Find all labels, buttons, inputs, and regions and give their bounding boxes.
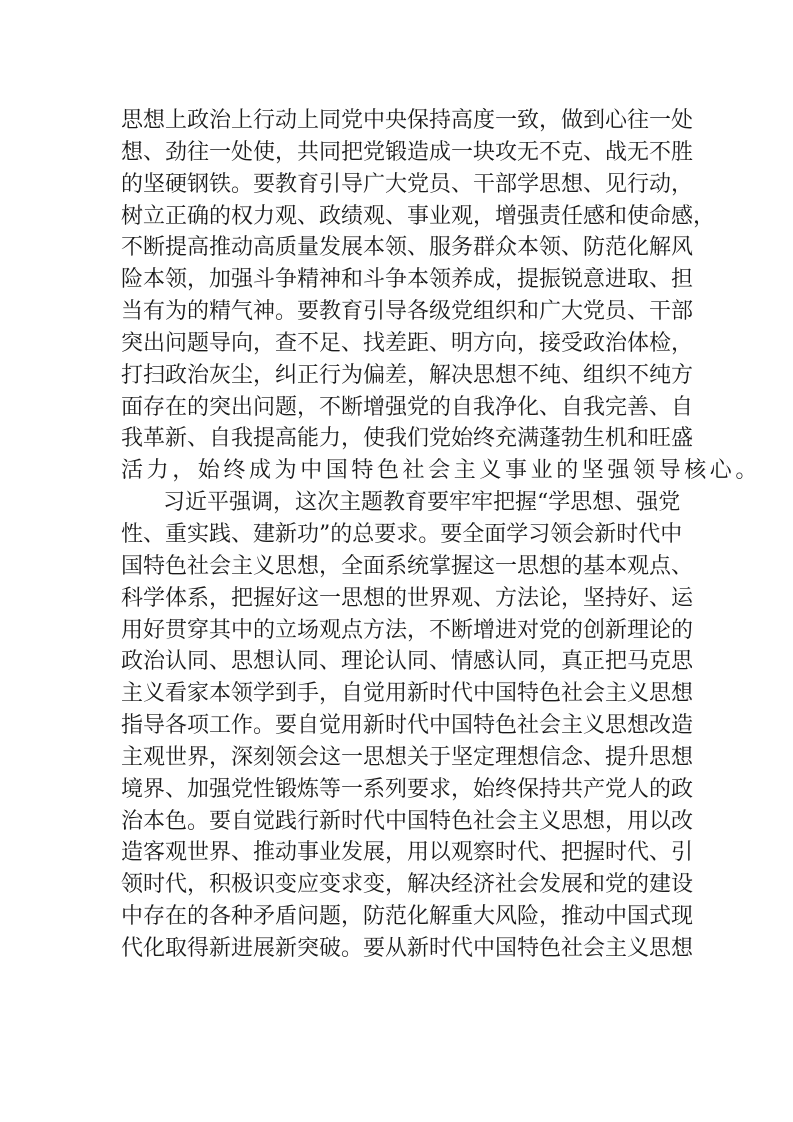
text-line: 主观世界，深刻领会这一思想关于坚定理想信念、提升思想 <box>121 742 673 774</box>
text-line: 指导各项工作。要自觉用新时代中国特色社会主义思想改造 <box>121 710 673 742</box>
paragraph-1: 思想上政治上行动上同党中央保持高度一致，做到心往一处 想、劲往一处使，共同把党锻… <box>121 105 673 487</box>
text-line: 政治认同、思想认同、理论认同、情感认同，真正把马克思 <box>121 646 673 678</box>
text-line: 的坚硬钢铁。要教育引导广大党员、干部学思想、见行动， <box>121 169 673 201</box>
text-line: 代化取得新进展新突破。要从新时代中国特色社会主义思想 <box>121 933 673 965</box>
text-line: 造客观世界、推动事业发展，用以观察时代、把握时代、引 <box>121 837 673 869</box>
text-line: 打扫政治灰尘，纠正行为偏差，解决思想不纯、组织不纯方 <box>121 360 673 392</box>
document-page: 思想上政治上行动上同党中央保持高度一致，做到心往一处 想、劲往一处使，共同把党锻… <box>0 0 793 1122</box>
text-line: 当有为的精气神。要教育引导各级党组织和广大党员、干部 <box>121 296 673 328</box>
text-line: 国特色社会主义思想，全面系统掌握这一思想的基本观点、 <box>121 551 673 583</box>
text-line: 领时代，积极识变应变求变，解决经济社会发展和党的建设 <box>121 869 673 901</box>
text-line: 习近平强调，这次主题教育要牢牢把握“学思想、强党 <box>121 487 673 519</box>
text-line: 科学体系，把握好这一思想的世界观、方法论，坚持好、运 <box>121 583 673 615</box>
text-line: 不断提高推动高质量发展本领、服务群众本领、防范化解风 <box>121 232 673 264</box>
text-line: 想、劲往一处使，共同把党锻造成一块攻无不克、战无不胜 <box>121 137 673 169</box>
text-line: 面存在的突出问题，不断增强党的自我净化、自我完善、自 <box>121 392 673 424</box>
body-text: 思想上政治上行动上同党中央保持高度一致，做到心往一处 想、劲往一处使，共同把党锻… <box>121 105 673 965</box>
text-line: 境界、加强党性锻炼等一系列要求，始终保持共产党人的政 <box>121 774 673 806</box>
text-line: 突出问题导向，查不足、找差距、明方向，接受政治体检， <box>121 328 673 360</box>
text-line: 用好贯穿其中的立场观点方法，不断增进对党的创新理论的 <box>121 615 673 647</box>
text-line: 治本色。要自觉践行新时代中国特色社会主义思想，用以改 <box>121 806 673 838</box>
text-line: 我革新、自我提高能力，使我们党始终充满蓬勃生机和旺盛 <box>121 423 673 455</box>
paragraph-2: 习近平强调，这次主题教育要牢牢把握“学思想、强党 性、重实践、建新功”的总要求。… <box>121 487 673 965</box>
text-line: 险本领，加强斗争精神和斗争本领养成，提振锐意进取、担 <box>121 264 673 296</box>
text-line: 主义看家本领学到手，自觉用新时代中国特色社会主义思想 <box>121 678 673 710</box>
text-line: 活力，始终成为中国特色社会主义事业的坚强领导核心。 <box>121 455 673 487</box>
text-line: 中存在的各种矛盾问题，防范化解重大风险，推动中国式现 <box>121 901 673 933</box>
text-line: 性、重实践、建新功”的总要求。要全面学习领会新时代中 <box>121 519 673 551</box>
text-line: 树立正确的权力观、政绩观、事业观，增强责任感和使命感， <box>121 201 673 233</box>
text-line: 思想上政治上行动上同党中央保持高度一致，做到心往一处 <box>121 105 673 137</box>
